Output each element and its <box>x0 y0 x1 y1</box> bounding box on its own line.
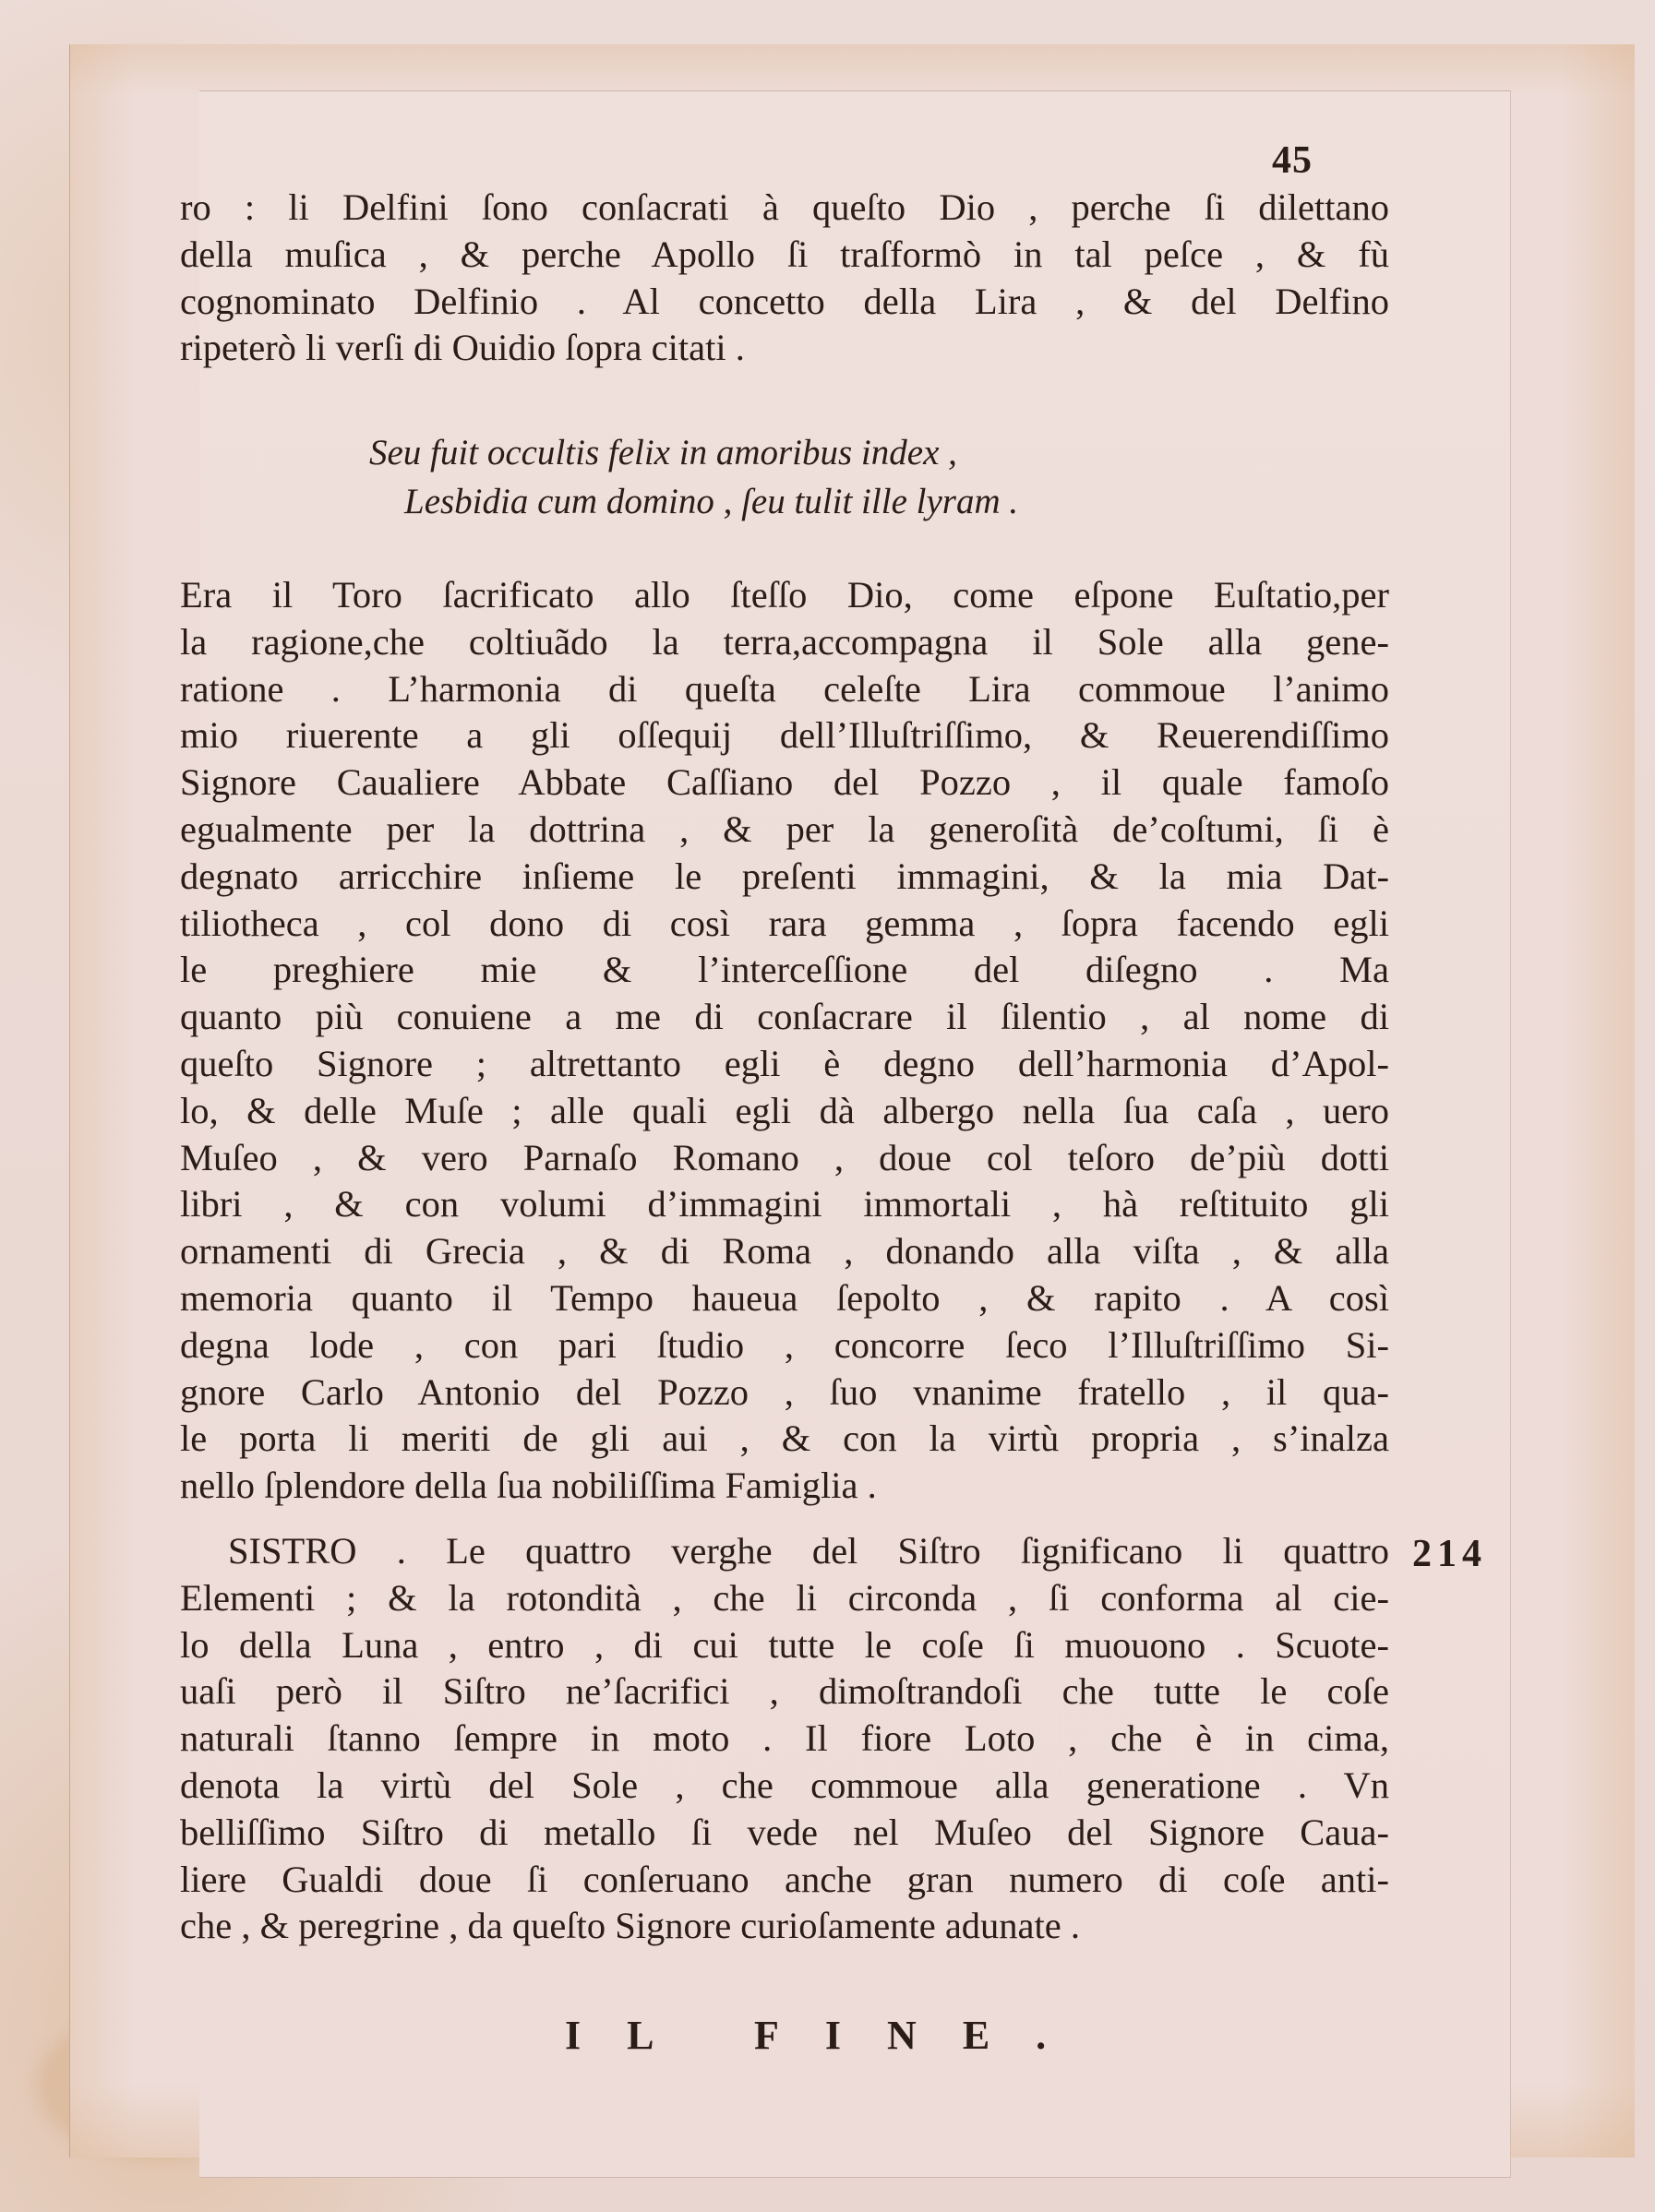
text-line: ratione . L’harmonia di queſta celeſte L… <box>180 666 1389 713</box>
text-line: denota la virtù del Sole , che commoue a… <box>180 1763 1389 1810</box>
text-line: libri , & con volumi d’immagini immortal… <box>180 1181 1389 1228</box>
text-line: cognominato Delfinio . Al concetto della… <box>180 279 1389 326</box>
text-line: lo della Luna , entro , di cui tutte le … <box>180 1622 1389 1669</box>
text-line: liere Gualdi doue ſi conſeruano anche gr… <box>180 1857 1389 1904</box>
text-line: le porta li meriti de gli aui , & con la… <box>180 1416 1389 1463</box>
text-line: quanto più conuiene a me di conſacrare i… <box>180 994 1389 1041</box>
text-line: memoria quanto il Tempo haueua ſepolto ,… <box>180 1275 1389 1322</box>
text-line: della muſica , & perche Apollo ſi traſfo… <box>180 232 1389 279</box>
text-line: lo, & delle Muſe ; alle quali egli dà al… <box>180 1088 1389 1135</box>
text-line: belliſſimo Siſtro di metallo ſi vede nel… <box>180 1810 1389 1857</box>
paragraph-dolphins: ro : li Delfini ſono conſacrati à queſto… <box>180 185 1389 372</box>
text-line: naturali ſtanno ſempre in moto . Il fior… <box>180 1716 1389 1763</box>
text-line: nello ſplendore della ſua nobiliſſima Fa… <box>180 1463 1389 1510</box>
signature-mark: 214 <box>1412 1532 1487 1576</box>
verse-line: Seu fuit occultis felix in amoribus inde… <box>369 428 1018 477</box>
page-number: 45 <box>1272 138 1313 183</box>
text-line: degna lode , con pari ſtudio , concorre … <box>180 1322 1389 1369</box>
verse-line: Lesbidia cum domino , ſeu tulit ille lyr… <box>369 477 1018 526</box>
text-line: mio riuerente a gli oſſequij dell’Illuſt… <box>180 712 1389 759</box>
paragraph-toro-dedication: Era il Toro ſacrificato allo ſteſſo Dio,… <box>180 572 1389 1510</box>
paragraph-sistro: SISTRO . Le quattro verghe del Siſtro ſi… <box>180 1528 1389 1950</box>
text-line: Muſeo , & vero Parnaſo Romano , doue col… <box>180 1135 1389 1182</box>
text-line: degnato arricchire inſieme le preſenti i… <box>180 854 1389 901</box>
text-line: Signore Caualiere Abbate Caſſiano del Po… <box>180 759 1389 807</box>
ovid-verse-quote: Seu fuit occultis felix in amoribus inde… <box>369 428 1018 526</box>
text-line: le preghiere mie & l’interceſſione del d… <box>180 947 1389 994</box>
text-line: ornamenti di Grecia , & di Roma , donand… <box>180 1228 1389 1275</box>
text-line: uaſi però il Siſtro ne’ſacrifici , dimoſ… <box>180 1668 1389 1716</box>
colophon-il-fine: IL FINE. <box>565 2012 1092 2059</box>
text-line: Elementi ; & la rotondità , che li circo… <box>180 1575 1389 1622</box>
text-line: che , & peregrine , da queſto Signore cu… <box>180 1903 1389 1950</box>
text-line: egualmente per la dottrina , & per la ge… <box>180 807 1389 854</box>
text-line: gnore Carlo Antonio del Pozzo , ſuo vnan… <box>180 1369 1389 1417</box>
text-line: queſto Signore ; altrettanto egli è degn… <box>180 1041 1389 1088</box>
text-line: la ragione,che coltiuãdo la terra,accomp… <box>180 619 1389 666</box>
text-line: ripeterò li verſi di Ouidio ſopra citati… <box>180 325 1389 372</box>
text-line: ro : li Delfini ſono conſacrati à queſto… <box>180 185 1389 232</box>
text-line: Era il Toro ſacrificato allo ſteſſo Dio,… <box>180 572 1389 619</box>
text-line: tiliotheca , col dono di così rara gemma… <box>180 901 1389 948</box>
text-line: SISTRO . Le quattro verghe del Siſtro ſi… <box>180 1528 1389 1575</box>
